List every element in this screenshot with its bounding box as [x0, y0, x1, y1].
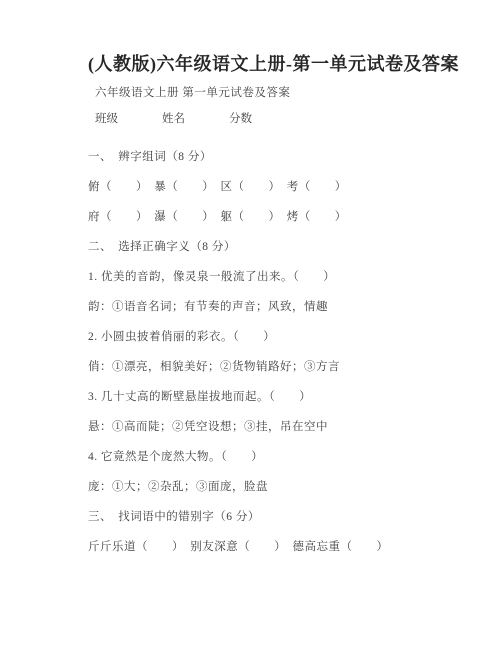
question-3: 3. 几十丈高的断壁悬崖拔地而起。（ ）: [88, 390, 464, 404]
section-word-formation: 一、 辨字组词（8 分） 俯（ ） 暴（ ） 区（ ） 考（ ） 府（ ） 瀑（…: [88, 150, 464, 224]
definition-3: 悬：①高而陡；②凭空设想；③挂，吊在空中: [88, 420, 464, 434]
document-title: (人教版)六年级语文上册-第一单元试卷及答案: [88, 54, 464, 74]
section-heading-2: 二、 选择正确字义（8 分）: [88, 240, 464, 254]
typo-word-row: 斤斤乐道（ ） 别友深意（ ） 德高忘重（ ）: [88, 540, 464, 554]
score-field-label: 分数: [229, 112, 252, 126]
exam-paper-page: (人教版)六年级语文上册-第一单元试卷及答案 六年级语文上册 第一单元试卷及答案…: [0, 0, 500, 647]
section-heading-3: 三、 找词语中的错别字（6 分）: [88, 510, 464, 524]
question-2: 2. 小圆虫披着俏丽的彩衣。（ ）: [88, 330, 464, 344]
name-field-label: 姓名: [162, 112, 185, 126]
definition-1: 韵：①语音名词；有节奏的声音；风致，情趣: [88, 300, 464, 314]
section-heading-1: 一、 辨字组词（8 分）: [88, 150, 464, 164]
definition-4: 庞：①大；②杂乱；③面庞，脸盘: [88, 480, 464, 494]
question-1: 1. 优美的音韵，像灵泉一般流了出来。（ ）: [88, 270, 464, 284]
document-subtitle: 六年级语文上册 第一单元试卷及答案: [95, 86, 464, 100]
question-4: 4. 它竟然是个庞然大物。（ ）: [88, 450, 464, 464]
section-choose-meaning: 二、 选择正确字义（8 分） 1. 优美的音韵，像灵泉一般流了出来。（ ） 韵：…: [88, 240, 464, 494]
char-word-row-1: 俯（ ） 暴（ ） 区（ ） 考（ ）: [88, 180, 464, 194]
char-word-row-2: 府（ ） 瀑（ ） 躯（ ） 烤（ ）: [88, 210, 464, 224]
class-field-label: 班级: [95, 112, 118, 126]
definition-2: 俏：①漂亮，相貌美好；②货物销路好；③方言: [88, 360, 464, 374]
section-find-typos: 三、 找词语中的错别字（6 分） 斤斤乐道（ ） 别友深意（ ） 德高忘重（ ）: [88, 510, 464, 554]
student-info-row: 班级 姓名 分数: [95, 112, 464, 126]
